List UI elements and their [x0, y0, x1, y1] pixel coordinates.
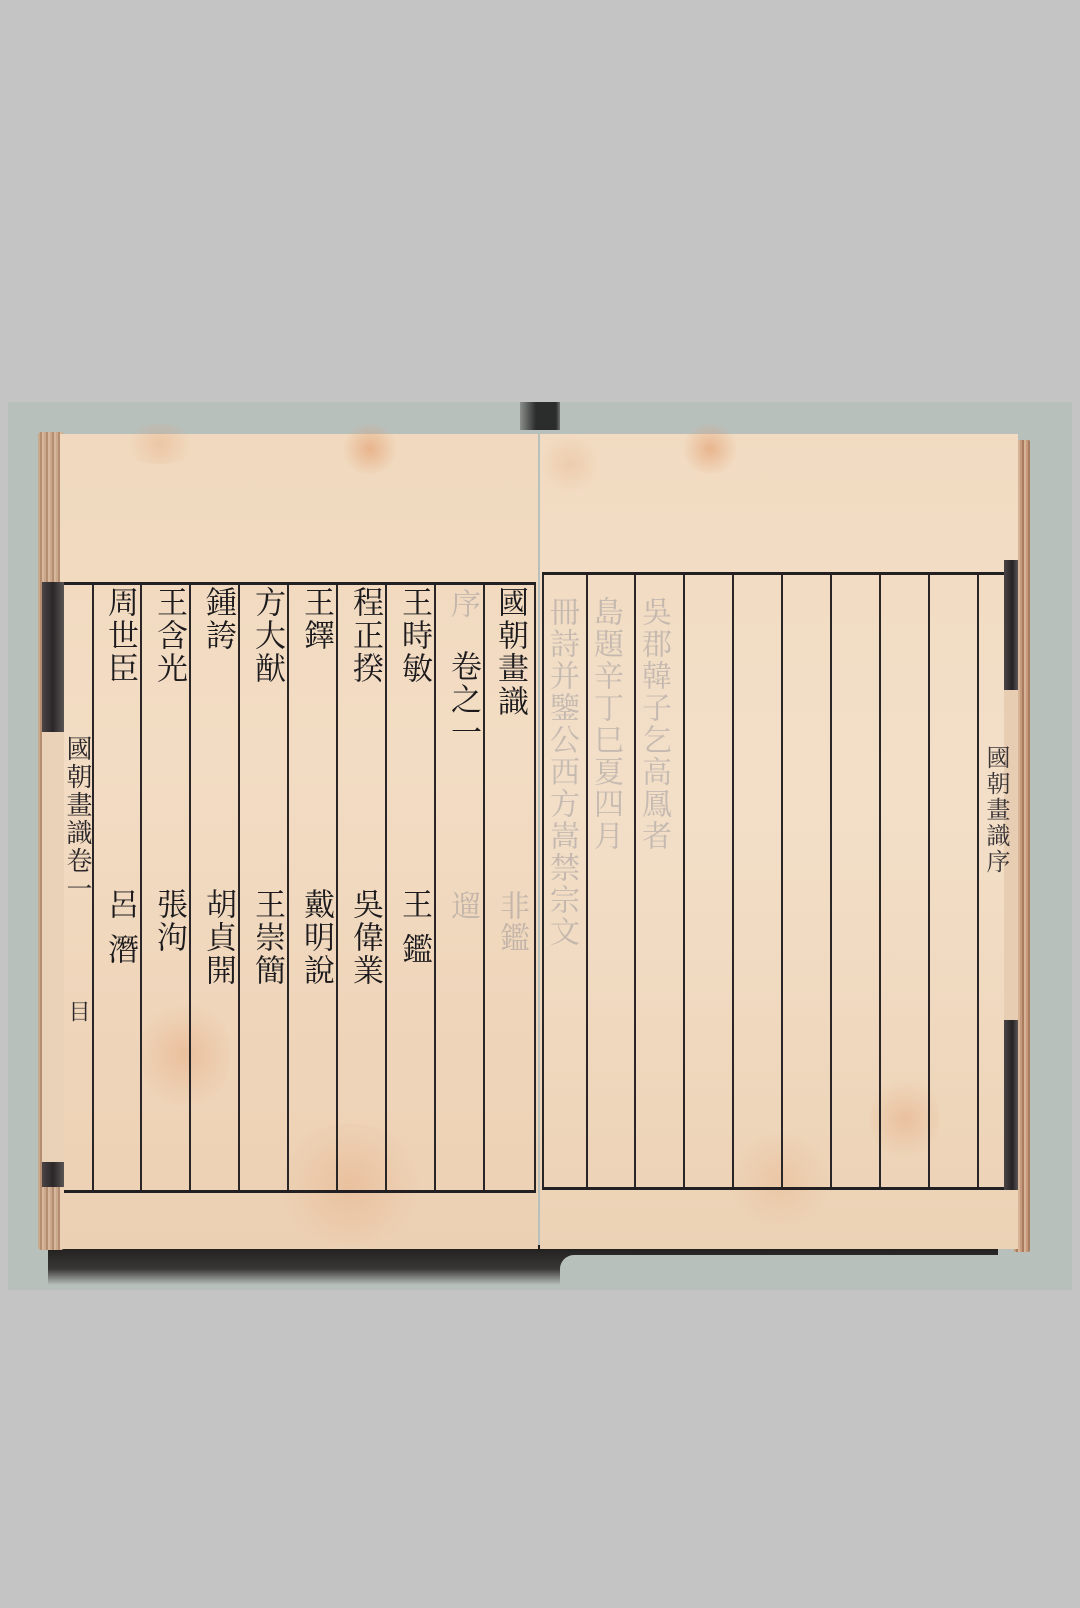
column-rule	[732, 575, 734, 1187]
folio-mark: 目	[66, 1000, 88, 1024]
column-rule	[928, 575, 930, 1187]
entry-name: 王時敏	[398, 586, 429, 685]
column-rule	[238, 585, 240, 1190]
column-rule	[287, 585, 289, 1190]
foxing-stain	[540, 434, 600, 494]
bleed-through-text: 吳郡韓子乞高鳳者	[638, 596, 668, 852]
foxing-stain	[120, 424, 200, 464]
column-rule	[336, 585, 338, 1190]
entry-name: 呂潛	[104, 888, 135, 978]
fore-edge-label: 國朝畫識卷一	[64, 735, 90, 903]
left-block-margin	[42, 582, 64, 1187]
foxing-stain	[340, 424, 400, 474]
book-gutter-shadow	[520, 402, 560, 430]
column-rule	[483, 585, 485, 1190]
entry-name: 王鑑	[398, 888, 429, 978]
entry-name: 胡貞開	[202, 888, 233, 987]
column-rule	[683, 575, 685, 1187]
column-rule	[92, 585, 94, 1190]
ghost-text: 非鑑	[496, 890, 526, 954]
foxing-stain	[680, 424, 740, 474]
entry-name: 張泃	[153, 888, 184, 954]
book-title: 國朝畫識	[494, 586, 525, 718]
column-rule	[385, 585, 387, 1190]
column-rule	[189, 585, 191, 1190]
entry-name: 王鐸	[300, 586, 331, 652]
entry-name: 鍾誇	[202, 586, 233, 652]
ghost-character: 序	[447, 588, 477, 620]
photo-background-corner	[560, 1255, 1060, 1290]
entry-name: 方大猷	[251, 586, 282, 685]
entry-name: 周世臣	[104, 586, 135, 685]
column-rule	[434, 585, 436, 1190]
column-rule	[781, 575, 783, 1187]
bleed-through-text: 島題辛丁巳夏四月	[590, 596, 620, 852]
entry-name: 吳偉業	[349, 888, 380, 987]
column-rule	[977, 575, 979, 1187]
right-block-margin	[1004, 560, 1018, 1190]
entry-name: 戴明說	[300, 888, 331, 987]
volume-label: 卷之一	[447, 650, 478, 749]
column-rule	[830, 575, 832, 1187]
column-rule	[879, 575, 881, 1187]
ghost-text: 遛	[447, 890, 477, 922]
entry-name: 王含光	[153, 586, 184, 685]
entry-name: 程正揆	[349, 586, 380, 685]
entry-name: 王崇簡	[251, 888, 282, 987]
column-rule	[534, 585, 536, 1190]
bleed-through-text: 冊詩并鑒公西方嵩禁宗文	[546, 596, 576, 948]
column-rule	[140, 585, 142, 1190]
fore-edge-label: 國朝畫識序	[984, 745, 1008, 875]
